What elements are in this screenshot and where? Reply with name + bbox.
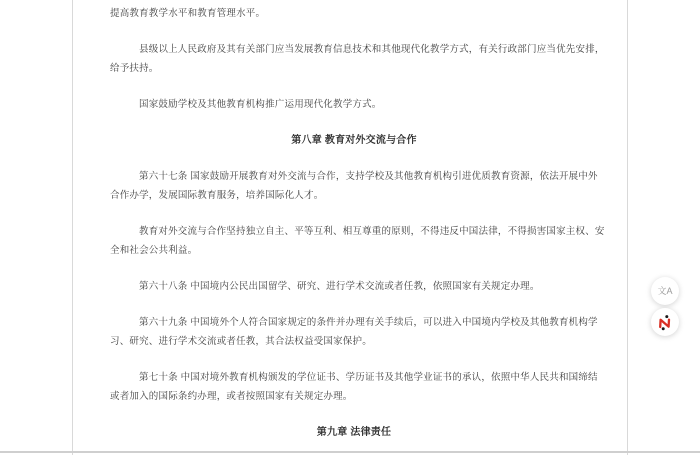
page-background: { "colors": { "body_text": "#3d3d3d", "h… <box>0 0 700 455</box>
red-node-logo-icon <box>657 314 673 331</box>
translate-button[interactable]: 文A <box>651 277 679 305</box>
law-paragraph: 第六十八条 中国境内公民出国留学、研究、进行学术交流或者任教，依照国家有关规定办… <box>110 277 598 296</box>
translate-icon: 文A <box>657 287 672 296</box>
law-paragraph: 第七十条 中国对境外教育机构颁发的学位证书、学历证书及其他学业证书的承认，依照中… <box>110 368 598 406</box>
extension-logo-button[interactable] <box>651 308 679 336</box>
law-paragraph: 提高教育教学水平和教育管理水平。 <box>110 4 598 23</box>
law-paragraph: 教育对外交流与合作坚持独立自主、平等互利、相互尊重的原则，不得违反中国法律，不得… <box>110 222 598 260</box>
law-paragraph: 县级以上人民政府及其有关部门应当发展教育信息技术和其他现代化教学方式，有关行政部… <box>110 40 598 78</box>
chapter-heading-8: 第八章 教育对外交流与合作 <box>110 131 598 150</box>
document-content-column: 提高教育教学水平和教育管理水平。 县级以上人民政府及其有关部门应当发展教育信息技… <box>72 0 628 455</box>
law-paragraph: 国家鼓励学校及其他教育机构推广运用现代化教学方式。 <box>110 95 598 114</box>
page-bottom-divider <box>0 451 700 453</box>
law-paragraph: 第六十九条 中国境外个人符合国家规定的条件并办理有关手续后，可以进入中国境内学校… <box>110 313 598 351</box>
law-paragraph: 第六十七条 国家鼓励开展教育对外交流与合作，支持学校及其他教育机构引进优质教育资… <box>110 167 598 205</box>
chapter-heading-9: 第九章 法律责任 <box>110 423 598 442</box>
